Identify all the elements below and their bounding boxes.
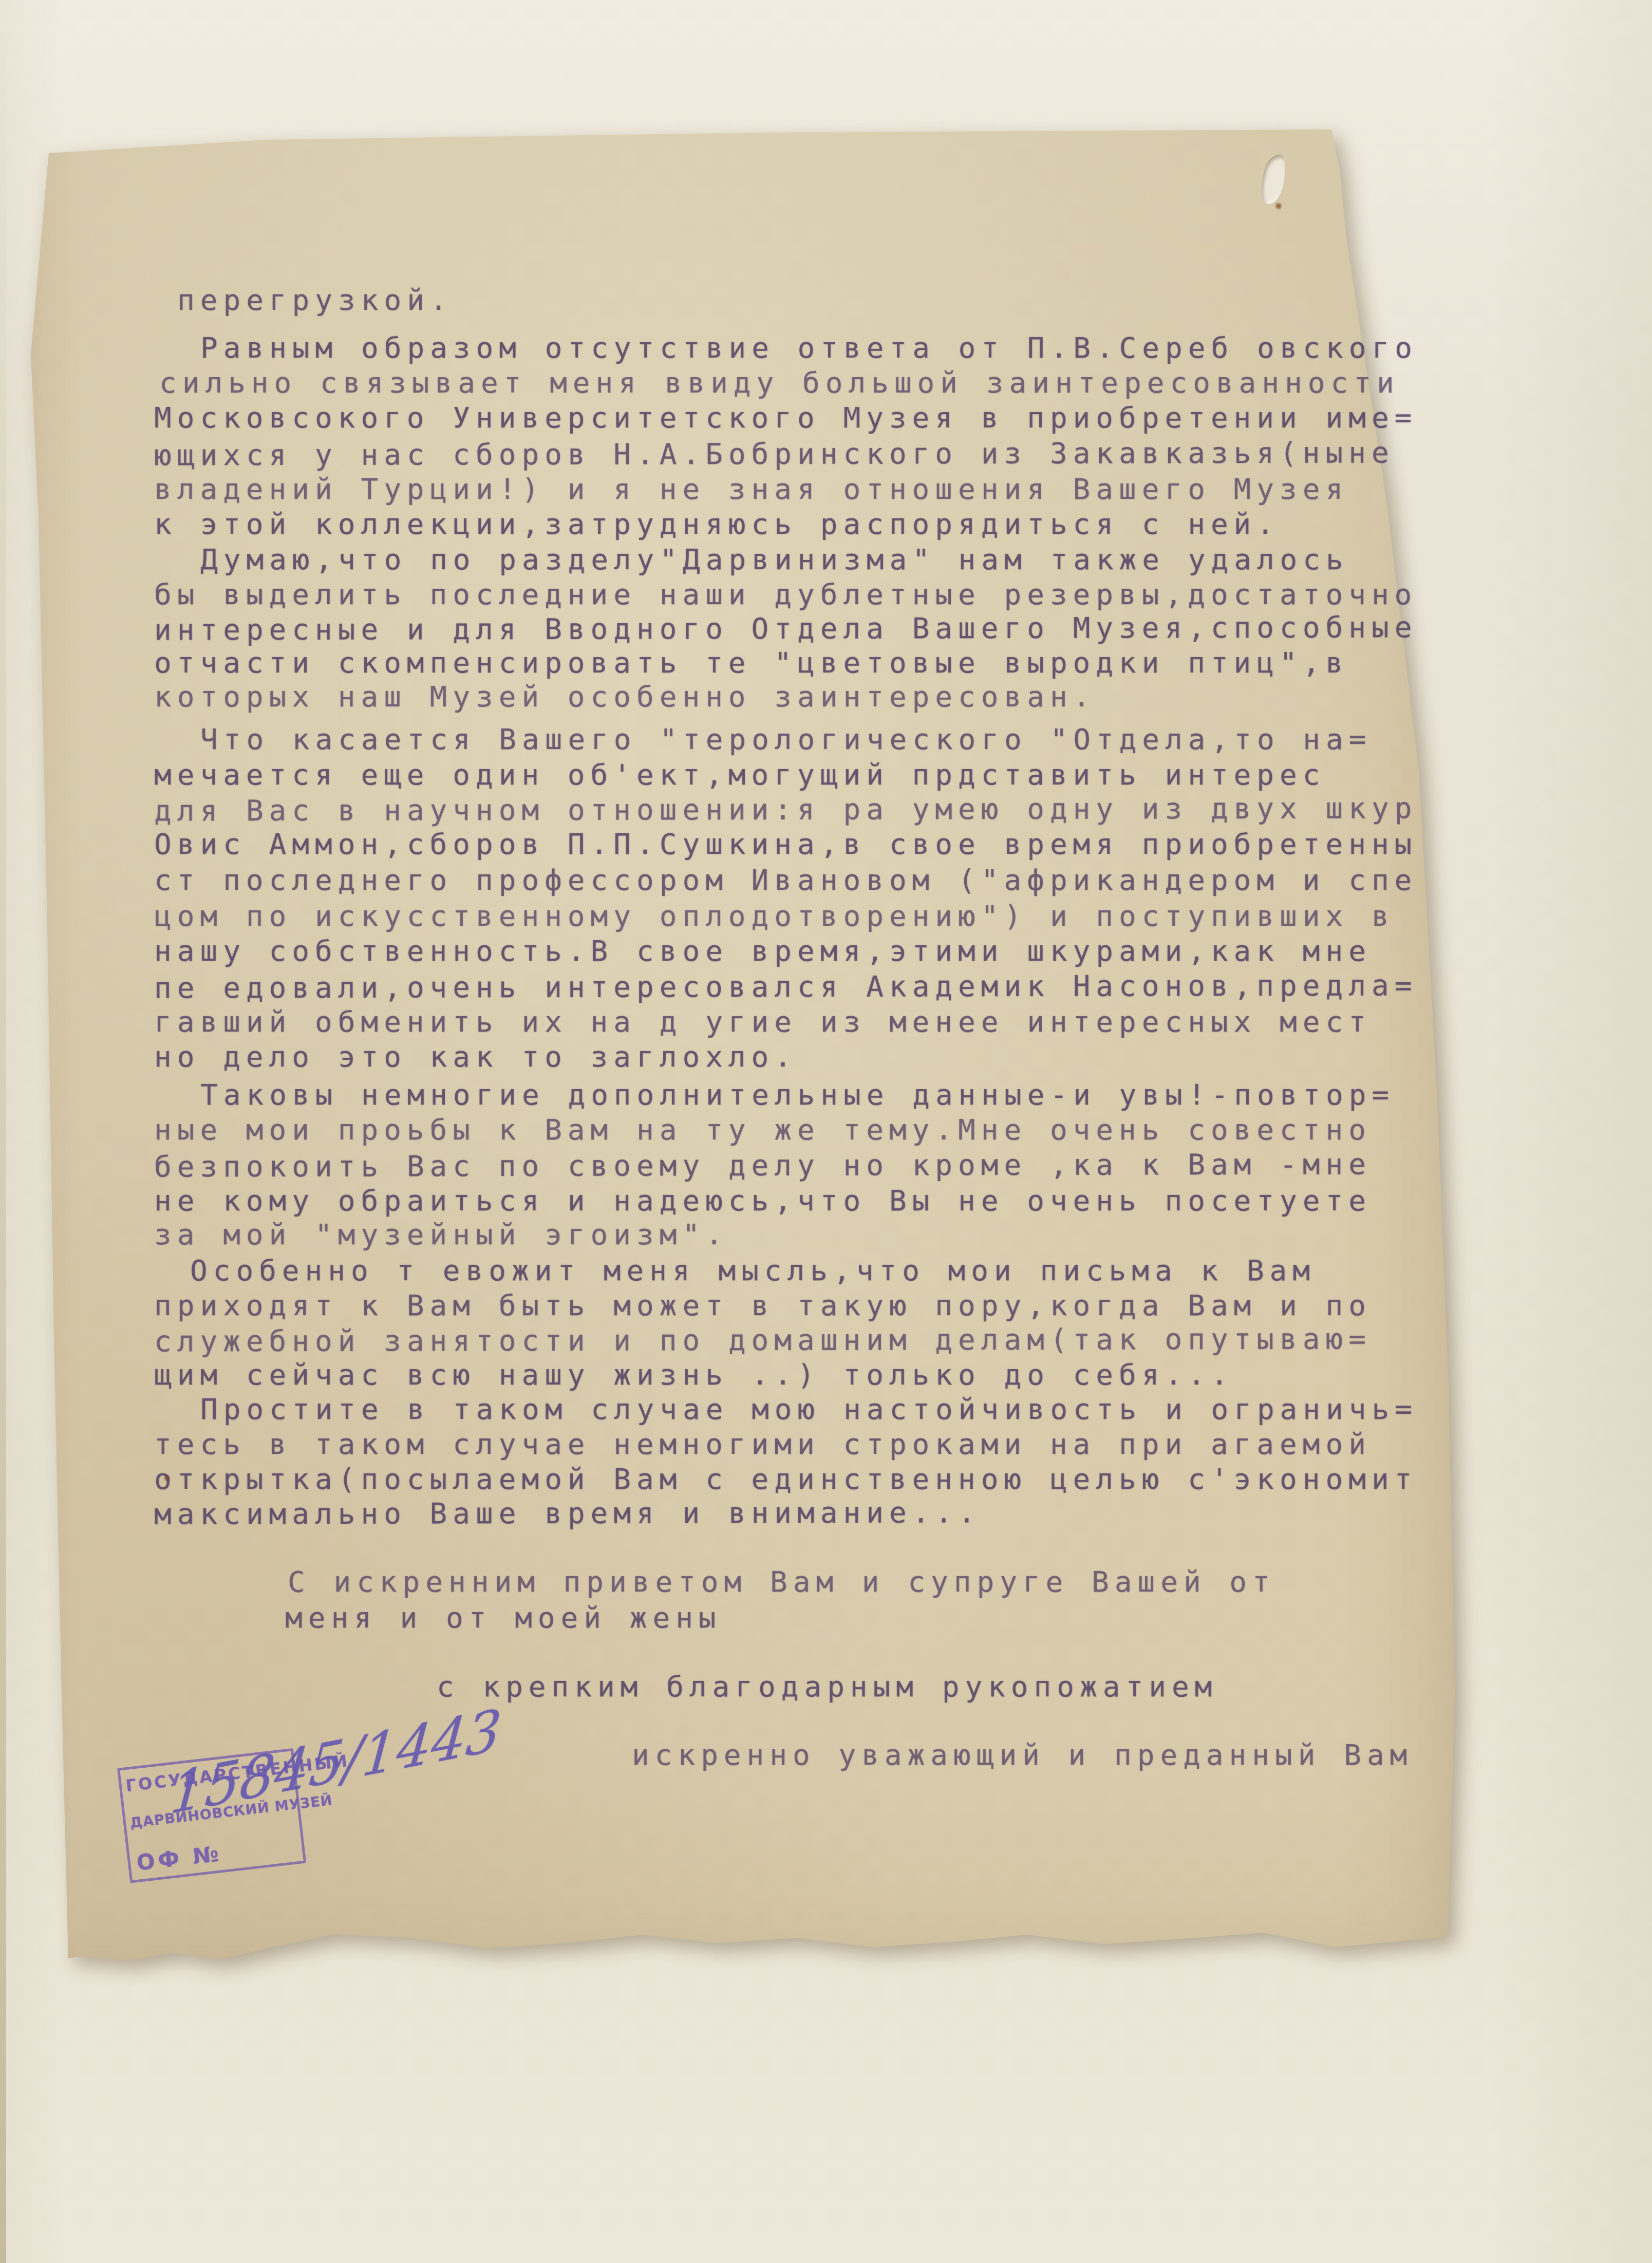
typed-line: Овис Аммон,сборов П.П.Сушкина,в свое вре… bbox=[154, 828, 1417, 861]
typed-line: открытка(посылаемой Вам с единственною ц… bbox=[154, 1463, 1417, 1496]
typed-line: к этой коллекции,затрудняюсь распорядить… bbox=[154, 508, 1280, 541]
typed-line: искренно уважающий и преданный Вам bbox=[632, 1738, 1413, 1772]
typed-line: Что касается Вашего "терологического "От… bbox=[200, 723, 1372, 756]
typed-line: Простите в таком случае мою настойчивост… bbox=[200, 1393, 1418, 1426]
typed-line: щим сейчас всю нашу жизнь ..) только до … bbox=[154, 1358, 1234, 1392]
typed-line: ст последнего профессором Ивановом ("афр… bbox=[154, 864, 1417, 897]
typed-line: служебной занятости и по домашним делам(… bbox=[154, 1323, 1372, 1359]
typed-line: Особенно т евожит меня мысль,что мои пис… bbox=[190, 1254, 1316, 1287]
typed-line: меня и от моей жены bbox=[285, 1601, 722, 1635]
typed-line: максимально Ваше время и внимание... bbox=[154, 1496, 981, 1531]
scan-background: { "colors": { "background": "#eae5d7", "… bbox=[0, 0, 1652, 2263]
typed-line: сильно связывает меня ввиду большой заин… bbox=[159, 366, 1400, 400]
typed-line: ющихся у нас сборов Н.А.Бобринского из З… bbox=[154, 436, 1395, 472]
typed-line: Таковы немногие дополнительные данные-и … bbox=[200, 1078, 1395, 1112]
typed-line: но дело это как то заглохло. bbox=[154, 1040, 797, 1074]
typed-line: интересные и для Вводного Отдела Вашего … bbox=[154, 611, 1417, 647]
typed-line: которых наш Музей особенно заинтересован… bbox=[154, 680, 1096, 714]
typed-line: ные мои проьбы к Вам на ту же тему.Мне о… bbox=[154, 1113, 1372, 1147]
typed-line: отчасти скомпенсировать те "цветовые выр… bbox=[154, 646, 1348, 680]
typed-line: гавший обменить их на д угие из менее ин… bbox=[154, 1005, 1372, 1039]
typed-line: перегрузкой. bbox=[177, 284, 453, 317]
rust-speck bbox=[1275, 201, 1282, 211]
typed-line: приходят к Вам быть может в такую пору,к… bbox=[154, 1289, 1372, 1322]
typed-line: Думаю,что по разделу"Дарвинизма" нам так… bbox=[200, 543, 1349, 576]
typed-line: Равным образом отсутствие ответа от П.В.… bbox=[200, 331, 1418, 365]
typed-line: пе едовали,очень интересовался Академик … bbox=[154, 969, 1417, 1005]
typed-line: мечается еще один об'ект,могущий прдстав… bbox=[154, 758, 1325, 792]
typed-line: нашу собственность.В свое время,этими шк… bbox=[154, 934, 1372, 968]
typed-line: не кому обраиться и надеюсь,что Вы не оч… bbox=[154, 1184, 1372, 1218]
typed-line: С искренним приветом Вам и супруге Вашей… bbox=[288, 1565, 1275, 1599]
typed-line: за мой "музейный эгоизм". bbox=[154, 1218, 728, 1251]
typed-line: безпокоить Вас по своему делу но кроме ,… bbox=[154, 1148, 1372, 1184]
typed-line: тесь в таком случае немногими строками н… bbox=[154, 1428, 1372, 1461]
typed-line: с крепким благодарным рукопожатием bbox=[437, 1670, 1217, 1704]
typed-line: для Вас в научном отношении:я ра умею од… bbox=[154, 792, 1417, 828]
typed-line: Московсокого Университетского Музея в пр… bbox=[154, 401, 1417, 435]
typed-line: цом по искусственному оплодотворению") и… bbox=[154, 900, 1395, 933]
typed-line: бы выделить последние наши дублетные рез… bbox=[154, 578, 1417, 611]
typed-line: владений Турции!) и я не зная отношения … bbox=[154, 473, 1348, 506]
